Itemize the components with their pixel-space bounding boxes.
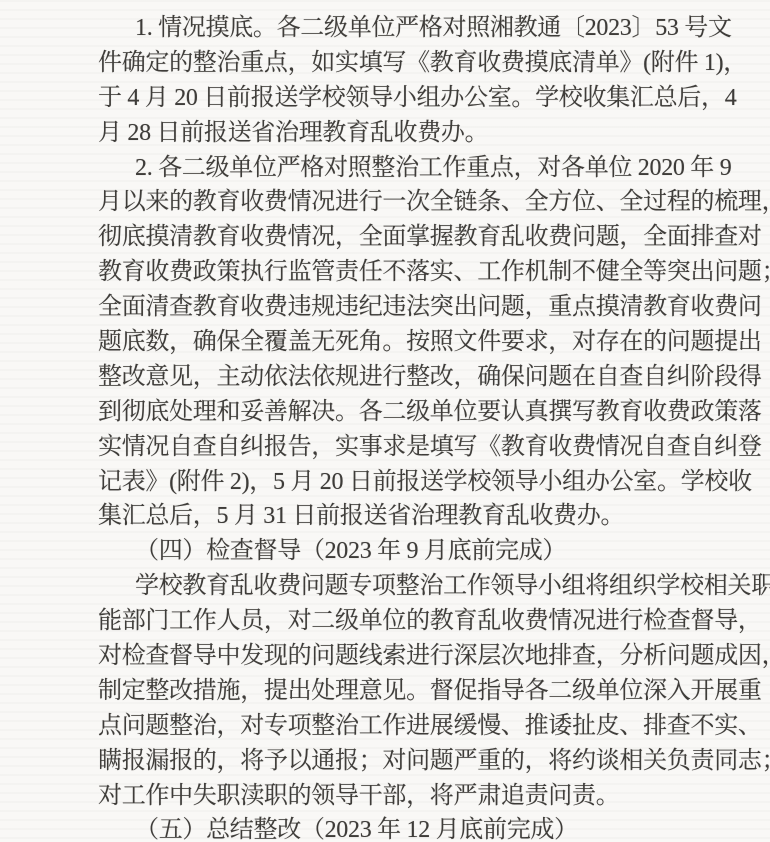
document-line: 点问题整治，对专项整治工作进展缓慢、推诿扯皮、排查不实、 [98,709,764,744]
document-line: 制定整改措施，提出处理意见。督促指导各二级单位深入开展重 [98,674,764,709]
document-line: 能部门工作人员，对二级单位的教育乱收费情况进行检查督导， [98,604,764,639]
document-line: 2. 各二级单位严格对照整治工作重点，对各单位 2020 年 9 [98,151,764,186]
document-line: 到彻底处理和妥善解决。各二级单位要认真撰写教育收费政策落 [98,395,764,430]
document-section-heading: （五）总结整改（2023 年 12 月底前完成） [98,813,764,842]
document-page: 1. 情况摸底。各二级单位严格对照湘教通〔2023〕53 号文 件确定的整治重点… [0,0,770,842]
document-line: 教育收费政策执行监管责任不落实、工作机制不健全等突出问题； [98,255,764,290]
document-line: 题底数，确保全覆盖无死角。按照文件要求，对存在的问题提出 [98,325,764,360]
document-text-block: 1. 情况摸底。各二级单位严格对照湘教通〔2023〕53 号文 件确定的整治重点… [98,11,764,842]
document-line: 月 28 日前报送省治理教育乱收费办。 [98,116,764,151]
document-line: 集汇总后，5 月 31 日前报送省治理教育乱收费办。 [98,499,764,534]
document-line: 瞒报漏报的，将予以通报；对问题严重的，将约谈相关负责同志； [98,744,764,779]
document-line: 实情况自查自纠报告，实事求是填写《教育收费情况自查自纠登 [98,430,764,465]
document-line: 对检查督导中发现的问题线索进行深层次地排查，分析问题成因， [98,639,764,674]
document-line: 件确定的整治重点，如实填写《教育收费摸底清单》(附件 1)， [98,46,764,81]
document-section-heading: （四）检查督导（2023 年 9 月底前完成） [98,534,764,569]
document-line: 记表》(附件 2)，5 月 20 日前报送学校领导小组办公室。学校收 [98,465,764,500]
document-line: 彻底摸清教育收费情况，全面掌握教育乱收费问题，全面排查对 [98,220,764,255]
document-line: 整改意见，主动依法依规进行整改，确保问题在自查自纠阶段得 [98,360,764,395]
document-line: 月以来的教育收费情况进行一次全链条、全方位、全过程的梳理， [98,185,764,220]
document-line: 对工作中失职渎职的领导干部，将严肃追责问责。 [98,779,764,814]
document-line: 全面清查教育收费违规违纪违法突出问题，重点摸清教育收费问 [98,290,764,325]
document-line: 于 4 月 20 日前报送学校领导小组办公室。学校收集汇总后，4 [98,81,764,116]
document-line: 学校教育乱收费问题专项整治工作领导小组将组织学校相关职 [98,569,764,604]
document-line: 1. 情况摸底。各二级单位严格对照湘教通〔2023〕53 号文 [98,11,764,46]
